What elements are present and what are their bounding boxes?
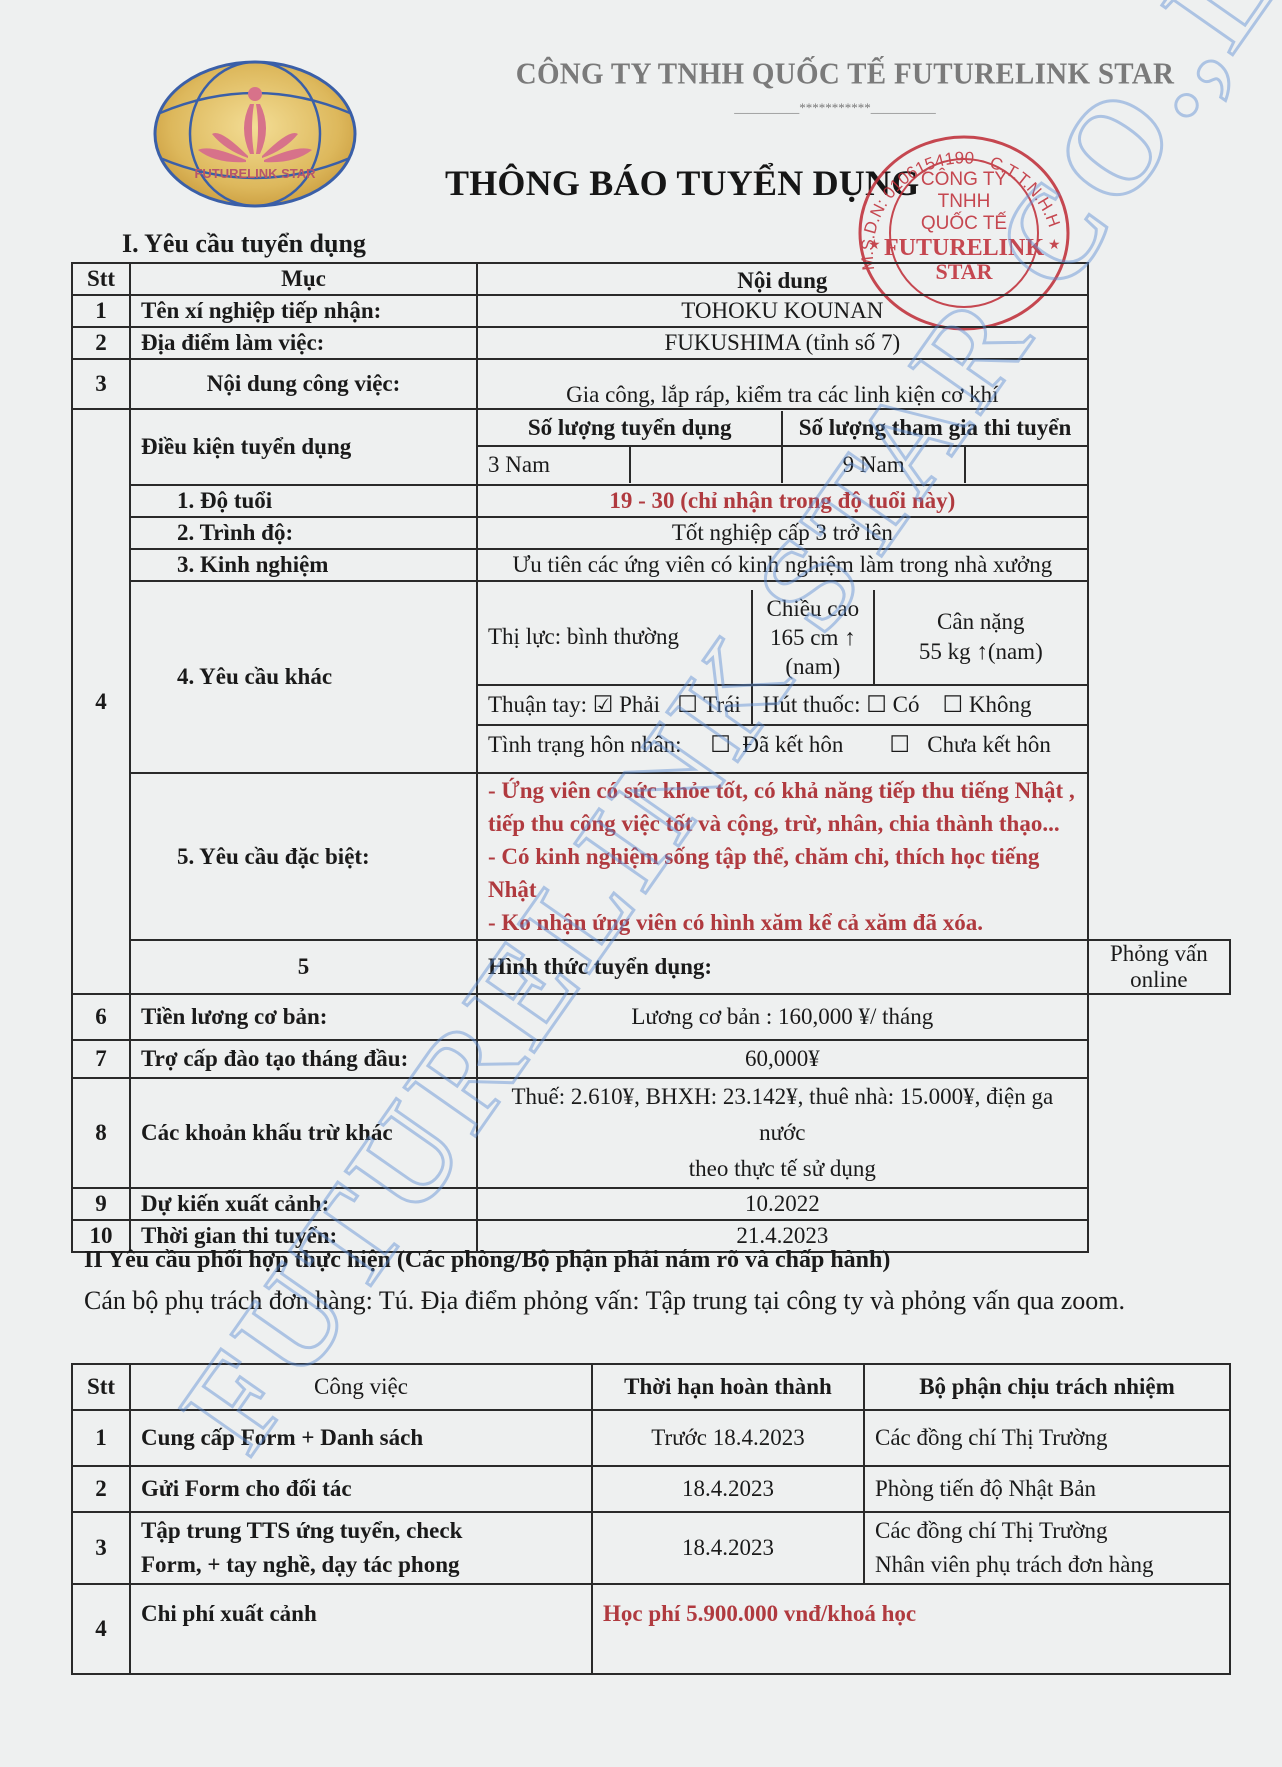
smoking: Hút thuốc: ☐ Có ☐ Không: [752, 685, 1087, 725]
row-stt: 4: [72, 409, 130, 994]
height-l3: (nam): [763, 652, 863, 681]
row-stt: 3: [72, 359, 130, 409]
section-2-note: Cán bộ phụ trách đơn hàng: Tú. Địa điểm …: [84, 1282, 1214, 1320]
row-dept: Các đồng chí Thị Trường: [864, 1410, 1230, 1466]
table-header-row: Stt Mục Nội dung: [72, 263, 1230, 295]
row-stt: 1: [72, 295, 130, 327]
weight-l2: 55 kg ↑(nam): [885, 637, 1077, 667]
checkbox-left-hand[interactable]: ☐: [677, 692, 698, 717]
svg-text:★: ★: [1048, 238, 1061, 253]
edu-value: Tốt nghiệp cấp 3 trở lên: [477, 517, 1088, 549]
smoke-label: Hút thuốc:: [763, 692, 861, 717]
empty-cell: [630, 446, 782, 483]
row-label: Hình thức tuyển dụng:: [477, 940, 1088, 994]
row-label: Điều kiện tuyển dụng: [130, 409, 477, 485]
svg-text:★: ★: [868, 238, 881, 253]
row-stt: 5: [130, 940, 477, 994]
row-stt: 2: [72, 327, 130, 359]
table-row: 2. Trình độ: Tốt nghiệp cấp 3 trở lên: [72, 517, 1230, 549]
row-value: Gia công, lắp ráp, kiểm tra các linh kiệ…: [477, 359, 1088, 409]
special-line: - Có kinh nghiệm sống tập thể, chăm chỉ,…: [488, 840, 1077, 906]
special-label: 5. Yêu cầu đặc biệt:: [130, 773, 477, 940]
checkbox-smoke-yes[interactable]: ☐: [866, 692, 887, 717]
table-row: 7 Trợ cấp đào tạo tháng đầu: 60,000¥: [72, 1040, 1230, 1078]
row-task: Tập trung TTS ứng tuyển, check Form, + t…: [130, 1512, 592, 1584]
header-task: Công việc: [130, 1364, 592, 1410]
requirements-table: Stt Mục Nội dung 1 Tên xí nghiệp tiếp nh…: [71, 262, 1231, 1253]
task-l1: Tập trung TTS ứng tuyển, check: [141, 1514, 581, 1548]
row-stt: 3: [72, 1512, 130, 1584]
hand-left-label: Trái: [703, 692, 741, 717]
coordination-table: Stt Công việc Thời hạn hoàn thành Bộ phậ…: [71, 1363, 1231, 1675]
row-label: Dự kiến xuất cảnh:: [130, 1188, 477, 1220]
row-dept: Các đồng chí Thị Trường Nhân viên phụ tr…: [864, 1512, 1230, 1584]
table-row: 6 Tiền lương cơ bản: Lương cơ bản : 160,…: [72, 994, 1230, 1040]
special-requirements: - Ứng viên có sức khỏe tốt, có khả năng …: [477, 773, 1088, 940]
svg-text:FUTURELINK STAR: FUTURELINK STAR: [194, 166, 316, 181]
weight-requirement: Cân nặng 55 kg ↑(nam): [874, 590, 1087, 685]
table-header-row: Stt Công việc Thời hạn hoàn thành Bộ phậ…: [72, 1364, 1230, 1410]
row-cost: Học phí 5.900.000 vnđ/khoá học: [592, 1584, 1230, 1674]
single-label: Chưa kết hôn: [927, 732, 1051, 757]
row-stt: 8: [72, 1078, 130, 1188]
svg-text:QUỐC TẾ: QUỐC TẾ: [921, 212, 1007, 234]
header-stt: Stt: [72, 263, 130, 295]
other-label: 4. Yêu cầu khác: [130, 581, 477, 773]
table-row: 1. Độ tuổi 19 - 30 (chỉ nhận trong độ tu…: [72, 485, 1230, 517]
row-stt: 4: [72, 1584, 130, 1674]
row-stt: 9: [72, 1188, 130, 1220]
row-value: 60,000¥: [477, 1040, 1088, 1078]
smoke-yes-label: Có: [893, 692, 920, 717]
row-stt: 2: [72, 1466, 130, 1512]
special-line: - Ứng viên có sức khỏe tốt, có khả năng …: [488, 774, 1077, 807]
empty-cell: [965, 446, 1087, 483]
hand-label: Thuận tay:: [488, 692, 587, 717]
row-value: Thuế: 2.610¥, BHXH: 23.142¥, thuê nhà: 1…: [477, 1078, 1088, 1188]
table-row: 3 Tập trung TTS ứng tuyển, check Form, +…: [72, 1512, 1230, 1584]
header-divider: __________***********__________: [700, 100, 970, 116]
exp-label: 3. Kinh nghiệm: [130, 549, 477, 581]
table-row: 1 Tên xí nghiệp tiếp nhận: TOHOKU KOUNAN: [72, 295, 1230, 327]
row-deadline: 18.4.2023: [592, 1466, 864, 1512]
row-dept: Phòng tiến độ Nhật Bản: [864, 1466, 1230, 1512]
age-label: 1. Độ tuổi: [130, 485, 477, 517]
table-row: 3. Kinh nghiệm Ưu tiên các ứng viên có k…: [72, 549, 1230, 581]
header-deadline: Thời hạn hoàn thành: [592, 1364, 864, 1410]
header-stt: Stt: [72, 1364, 130, 1410]
special-line: tiếp thu công việc tốt và cộng, trừ, nhâ…: [488, 807, 1077, 840]
row-task: Chi phí xuất cảnh: [130, 1584, 592, 1674]
svg-text:FUTURELINK: FUTURELINK: [884, 235, 1044, 261]
smoke-no-label: Không: [969, 692, 1032, 717]
age-value: 19 - 30 (chỉ nhận trong độ tuổi này): [477, 485, 1088, 517]
table-row: 5 Hình thức tuyển dụng: Phỏng vấn online: [72, 940, 1230, 994]
table-row: 2 Gửi Form cho đối tác 18.4.2023 Phòng t…: [72, 1466, 1230, 1512]
row-task: Gửi Form cho đối tác: [130, 1466, 592, 1512]
table-row: 5. Yêu cầu đặc biệt: - Ứng viên có sức k…: [72, 773, 1230, 940]
company-logo: FUTURELINK STAR: [150, 58, 360, 210]
marital-status: Tình trạng hôn nhân: ☐ Đã kết hôn ☐ Chưa…: [478, 725, 1087, 764]
svg-text:CÔNG TY: CÔNG TY: [921, 168, 1008, 190]
quota-value: 3 Nam: [478, 446, 630, 483]
other-subtable: Thị lực: bình thường Chiều cao 165 cm ↑ …: [478, 590, 1087, 764]
exam-value: 9 Nam: [782, 446, 965, 483]
row-stt: 1: [72, 1410, 130, 1466]
table-row: 9 Dự kiến xuất cảnh: 10.2022: [72, 1188, 1230, 1220]
deductions-l1: Thuế: 2.610¥, BHXH: 23.142¥, thuê nhà: 1…: [488, 1079, 1077, 1151]
row-value: Phỏng vấn online: [1088, 940, 1230, 994]
checkbox-single[interactable]: ☐: [889, 732, 910, 757]
checkbox-smoke-no[interactable]: ☐: [942, 692, 963, 717]
exp-value: Ưu tiên các ứng viên có kinh nghiệm làm …: [477, 549, 1088, 581]
table-row: 4. Yêu cầu khác Thị lực: bình thường Chi…: [72, 581, 1230, 773]
height-l1: Chiều cao: [763, 594, 863, 623]
married-label: Đã kết hôn: [742, 732, 843, 757]
header-muc: Mục: [130, 263, 477, 295]
quota-subtable: Số lượng tuyển dụng Số lượng tham gia th…: [478, 411, 1087, 483]
row-label: Nội dung công việc:: [130, 359, 477, 409]
company-name: CÔNG TY TNHH QUỐC TẾ FUTURELINK STAR: [500, 57, 1190, 92]
table-row: 1 Cung cấp Form + Danh sách Trước 18.4.2…: [72, 1410, 1230, 1466]
weight-l1: Cân nặng: [885, 607, 1077, 637]
recruitment-notice-page: FUTURELINK STAR CÔNG TY TNHH QUỐC TẾ FUT…: [0, 0, 1282, 1767]
hand-right-label: Phải: [619, 692, 660, 717]
deductions-l2: theo thực tế sử dụng: [488, 1151, 1077, 1187]
row-value: TOHOKU KOUNAN: [477, 295, 1088, 327]
row-label: Địa điểm làm việc:: [130, 327, 477, 359]
row-label: Các khoản khấu trừ khác: [130, 1078, 477, 1188]
dept-l1: Các đồng chí Thị Trường: [875, 1514, 1219, 1548]
header-noi-dung: Nội dung: [477, 263, 1088, 295]
dept-l2: Nhân viên phụ trách đơn hàng: [875, 1548, 1219, 1582]
section-1-heading: I. Yêu cầu tuyển dụng: [122, 229, 366, 259]
row-label: Trợ cấp đào tạo tháng đầu:: [130, 1040, 477, 1078]
checkbox-right-hand[interactable]: ☑: [593, 692, 614, 717]
row-value: FUKUSHIMA (tỉnh số 7): [477, 327, 1088, 359]
row-label: Tên xí nghiệp tiếp nhận:: [130, 295, 477, 327]
header-dept: Bộ phận chịu trách nhiệm: [864, 1364, 1230, 1410]
row-value: Lương cơ bản : 160,000 ¥/ tháng: [477, 994, 1088, 1040]
other-requirements-cell: Thị lực: bình thường Chiều cao 165 cm ↑ …: [477, 581, 1088, 773]
checkbox-married[interactable]: ☐: [710, 732, 731, 757]
task-l2: Form, + tay nghề, dạy tác phong: [141, 1548, 581, 1582]
row-stt: 7: [72, 1040, 130, 1078]
exam-header: Số lượng tham gia thi tuyển: [782, 411, 1086, 446]
table-row: 2 Địa điểm làm việc: FUKUSHIMA (tỉnh số …: [72, 327, 1230, 359]
row-label: Tiền lương cơ bản:: [130, 994, 477, 1040]
handedness: Thuận tay: ☑ Phải ☐ Trái: [478, 685, 752, 725]
vision: Thị lực: bình thường: [478, 590, 752, 685]
row-deadline: Trước 18.4.2023: [592, 1410, 864, 1466]
height-requirement: Chiều cao 165 cm ↑ (nam): [752, 590, 874, 685]
quota-header: Số lượng tuyển dụng: [478, 411, 782, 446]
row-deadline: 18.4.2023: [592, 1512, 864, 1584]
quota-cell: Số lượng tuyển dụng Số lượng tham gia th…: [477, 409, 1088, 485]
section-2-heading: II Yêu cầu phối hợp thực hiện (Các phòng…: [84, 1247, 890, 1274]
marital-label: Tình trạng hôn nhân:: [488, 732, 682, 757]
table-row: 3 Nội dung công việc: Gia công, lắp ráp,…: [72, 359, 1230, 409]
row-value: 10.2022: [477, 1188, 1088, 1220]
row-stt: 6: [72, 994, 130, 1040]
special-line: - Ko nhận ứng viên có hình xăm kể cả xăm…: [488, 906, 1077, 939]
height-l2: 165 cm ↑: [763, 623, 863, 652]
table-row: 8 Các khoản khấu trừ khác Thuế: 2.610¥, …: [72, 1078, 1230, 1188]
svg-text:TNHH: TNHH: [938, 191, 991, 212]
edu-label: 2. Trình độ:: [130, 517, 477, 549]
row-task: Cung cấp Form + Danh sách: [130, 1410, 592, 1466]
table-row: 4 Chi phí xuất cảnh Học phí 5.900.000 vn…: [72, 1584, 1230, 1674]
table-row: 4 Điều kiện tuyển dụng Số lượng tuyển dụ…: [72, 409, 1230, 485]
